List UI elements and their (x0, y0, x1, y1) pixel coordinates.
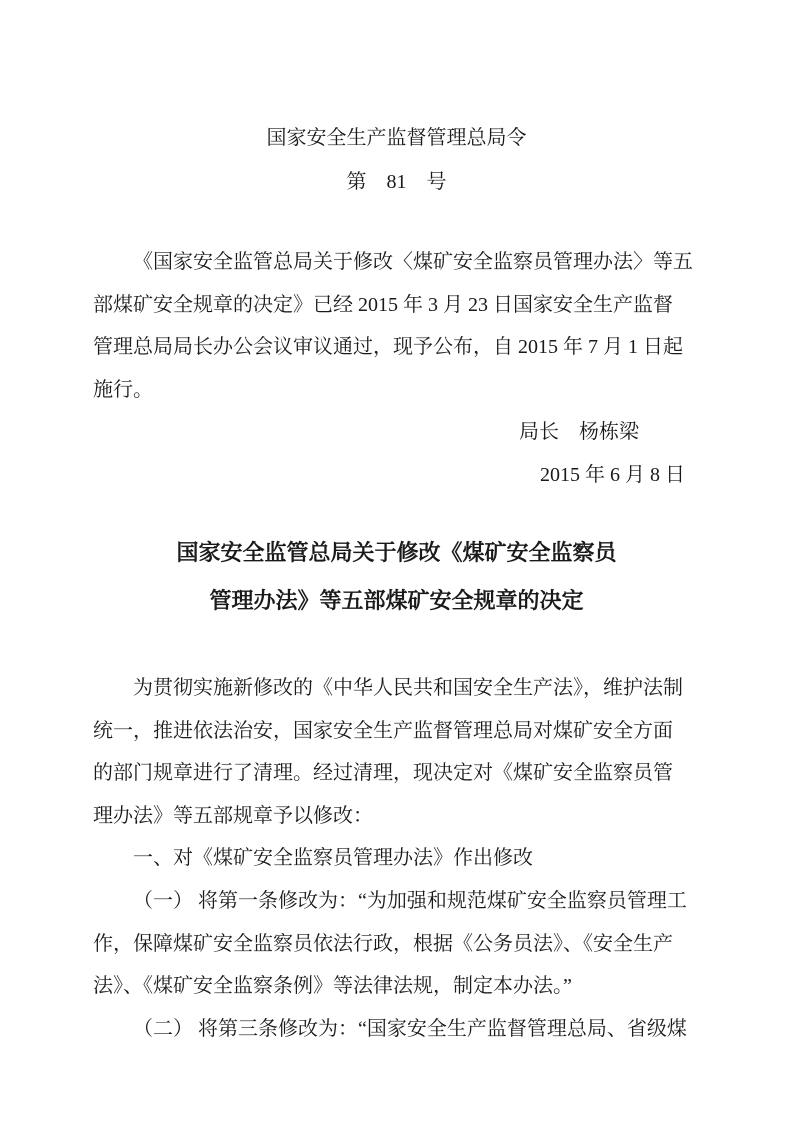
preamble-paragraph: 《国家安全监管总局关于修改〈煤矿安全监察员管理办法〉等五 部煤矿安全规章的决定》… (93, 241, 701, 497)
body-line: 为贯彻实施新修改的《中华人民共和国安全生产法》，维护法制 (93, 667, 701, 710)
body-line: 的部门规章进行了清理。经过清理，现决定对《煤矿安全监察员管 (93, 752, 701, 795)
date: 2015 年 6 月 8 日 (93, 454, 701, 497)
decision-title: 国家安全监管总局关于修改《煤矿安全监察员 管理办法》等五部煤矿安全规章的决定 (0, 529, 793, 625)
preamble-line: 管理总局局长办公会议审议通过，现予公布，自 2015 年 7 月 1 日起 (93, 326, 701, 369)
document-page: 国家安全生产监督管理总局令 第 81 号 《国家安全监管总局关于修改〈煤矿安全监… (0, 0, 793, 1122)
decision-title-line1: 国家安全监管总局关于修改《煤矿安全监察员 (0, 529, 793, 577)
preamble-line: 《国家安全监管总局关于修改〈煤矿安全监察员管理办法〉等五 (93, 241, 701, 284)
preamble-line: 施行。 (93, 369, 701, 412)
decision-title-line2: 管理办法》等五部煤矿安全规章的决定 (0, 577, 793, 625)
order-number: 第 81 号 (0, 160, 793, 204)
body-line: 一、对《煤矿安全监察员管理办法》作出修改 (93, 837, 701, 880)
signature: 局长 杨栋梁 (93, 411, 701, 454)
body-line: 理办法》等五部规章予以修改： (93, 795, 701, 838)
body-line: 法》、《煤矿安全监察条例》等法律法规，制定本办法。” (93, 965, 701, 1008)
body-line: （二） 将第三条修改为：“国家安全生产监督管理总局、省级煤 (93, 1008, 701, 1051)
body-line: 统一，推进依法治安，国家安全生产监督管理总局对煤矿安全方面 (93, 710, 701, 753)
preamble-line: 部煤矿安全规章的决定》已经 2015 年 3 月 23 日国家安全生产监督 (93, 284, 701, 327)
decision-body: 为贯彻实施新修改的《中华人民共和国安全生产法》，维护法制 统一，推进依法治安，国… (93, 667, 701, 1050)
body-line: （一） 将第一条修改为：“为加强和规范煤矿安全监察员管理工 (93, 880, 701, 923)
body-line: 作，保障煤矿安全监察员依法行政，根据《公务员法》、《安全生产 (93, 923, 701, 966)
order-title: 国家安全生产监督管理总局令 (0, 116, 793, 160)
